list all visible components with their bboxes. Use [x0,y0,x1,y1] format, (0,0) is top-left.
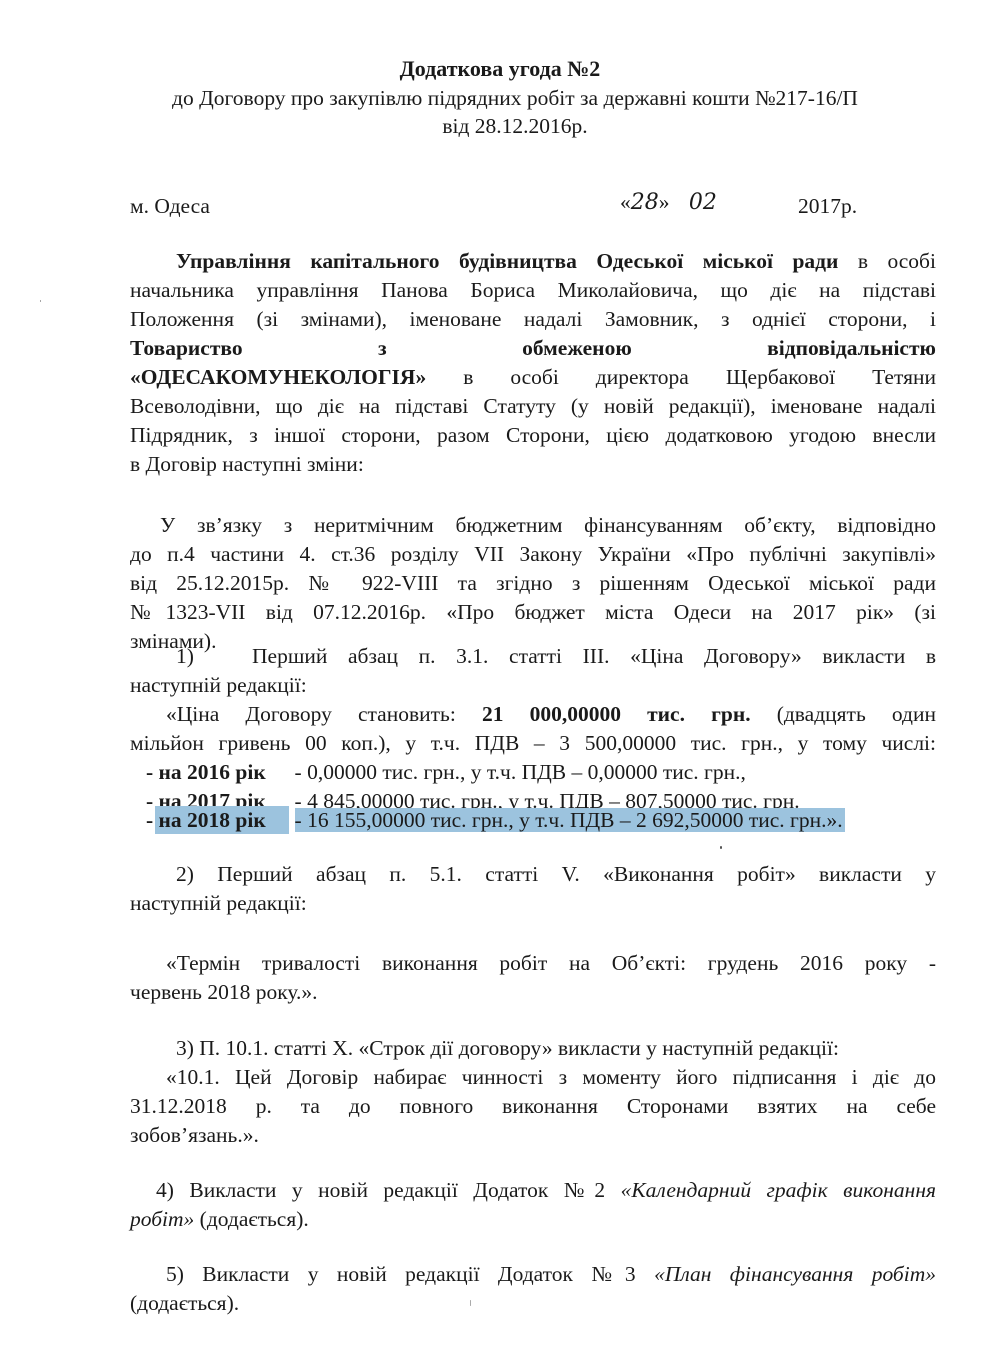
preamble-line-3: Положення (зі змінами), іменоване надалі… [130,307,936,332]
item-3-line-1: 3) П. 10.1. статті Х. «Строк дії договор… [176,1036,839,1061]
item-1-line-1: Перший абзац п. 3.1. статті ІІІ. «Ціна Д… [252,644,936,669]
item-2-quote-1: «Термін тривалості виконання робіт на Об… [166,951,936,976]
preamble-line-1: Управління капітального будівництва Одес… [176,249,936,274]
basis-line-2: до п.4 частини 4. ст.36 розділу VII Зако… [130,542,936,567]
document-subtitle: до Договору про закупівлю підрядних робі… [0,86,1000,111]
item-4-line-1: 4) Викласти у новій редакції Додаток №2 … [156,1178,936,1203]
scan-speck [470,1300,471,1306]
item-1-line-2: наступній редакції: [130,673,936,698]
item-3-line-2: «10.1. Цей Договір набирає чинності з мо… [166,1065,936,1090]
handwritten-month: 02 [689,190,717,215]
item-1-price-line: «Ціна Договору становить: 21 000,00000 т… [166,702,936,727]
basis-line-1: У зв’язку з неритмічним бюджетним фінанс… [160,513,936,538]
handwritten-date: «28» 02 [620,190,717,215]
customer-name: Управління капітального будівництва Одес… [176,249,838,273]
contract-price: 21 000,00000 тис. грн. [482,702,751,726]
year-amount: - 16 155,00000 тис. грн., у т.ч. ПДВ – 2… [295,808,845,832]
item-4-line-2: робіт» (додається). [130,1207,936,1232]
item-3-line-4: зобов’язань.». [130,1123,936,1148]
year-amount: - 0,00000 тис. грн., у т.ч. ПДВ – 0,0000… [295,760,746,784]
city: м. Одеса [130,194,210,219]
item-2-line-2: наступній редакції: [130,891,936,916]
basis-line-3: від 25.12.2015р. № 922-VIII та згідно з … [130,571,936,596]
preamble-line-4: Товариство з обмеженою відповідальністю [130,336,936,361]
item-3-line-3: 31.12.2018 р. та до повного виконання Ст… [130,1094,936,1119]
item-1-number: 1) [176,644,194,669]
handwritten-day: 28 [631,190,659,215]
preamble-line-6: Всеволодівни, що діє на підставі Статуту… [130,394,936,419]
document-title: Додаткова угода №2 [0,56,1000,82]
year: 2017р. [798,194,857,219]
item-2-quote-2: червень 2018 року.». [130,980,936,1005]
year-row-2018-highlighted: - на 2018 рік- 16 155,00000 тис. грн., у… [146,806,845,834]
item-5-line-1: 5) Викласти у новій редакції Додаток №3 … [166,1262,936,1287]
year-label: на 2016 рік [159,760,295,785]
preamble-line-8: в Договір наступні зміни: [130,452,936,477]
item-2-line-1: 2) Перший абзац п. 5.1. статті V. «Викон… [176,862,936,887]
preamble-line-5: «ОДЕСАКОМУНЕКОЛОГІЯ» в особі директора Щ… [130,365,936,390]
appendix-2-title: «Календарний графік виконання [621,1178,936,1202]
basis-line-4: №1323-VII від 07.12.2016р. «Про бюджет м… [130,600,936,625]
year-label: на 2018 рік [155,806,289,834]
scan-speck [720,846,722,849]
item-1-vat-line: мільйон гривень 00 коп.), у т.ч. ПДВ – 3… [130,731,936,756]
contractor-name: «ОДЕСАКОМУНЕКОЛОГІЯ» [130,365,426,389]
appendix-3-title: «План фінансування робіт» [654,1262,936,1286]
preamble-line-2: начальника управління Панова Бориса Мико… [130,278,936,303]
preamble-line-7: Підрядник, з іншої сторони, разом Сторон… [130,423,936,448]
document-page: Додаткова угода №2 до Договору про закуп… [0,0,1000,1354]
contract-date: від 28.12.2016р. [0,114,1000,139]
year-row-2016: - на 2016 рік- 0,00000 тис. грн., у т.ч.… [146,760,746,785]
item-5-line-2: (додається). [130,1291,936,1316]
scan-speck [40,300,41,302]
